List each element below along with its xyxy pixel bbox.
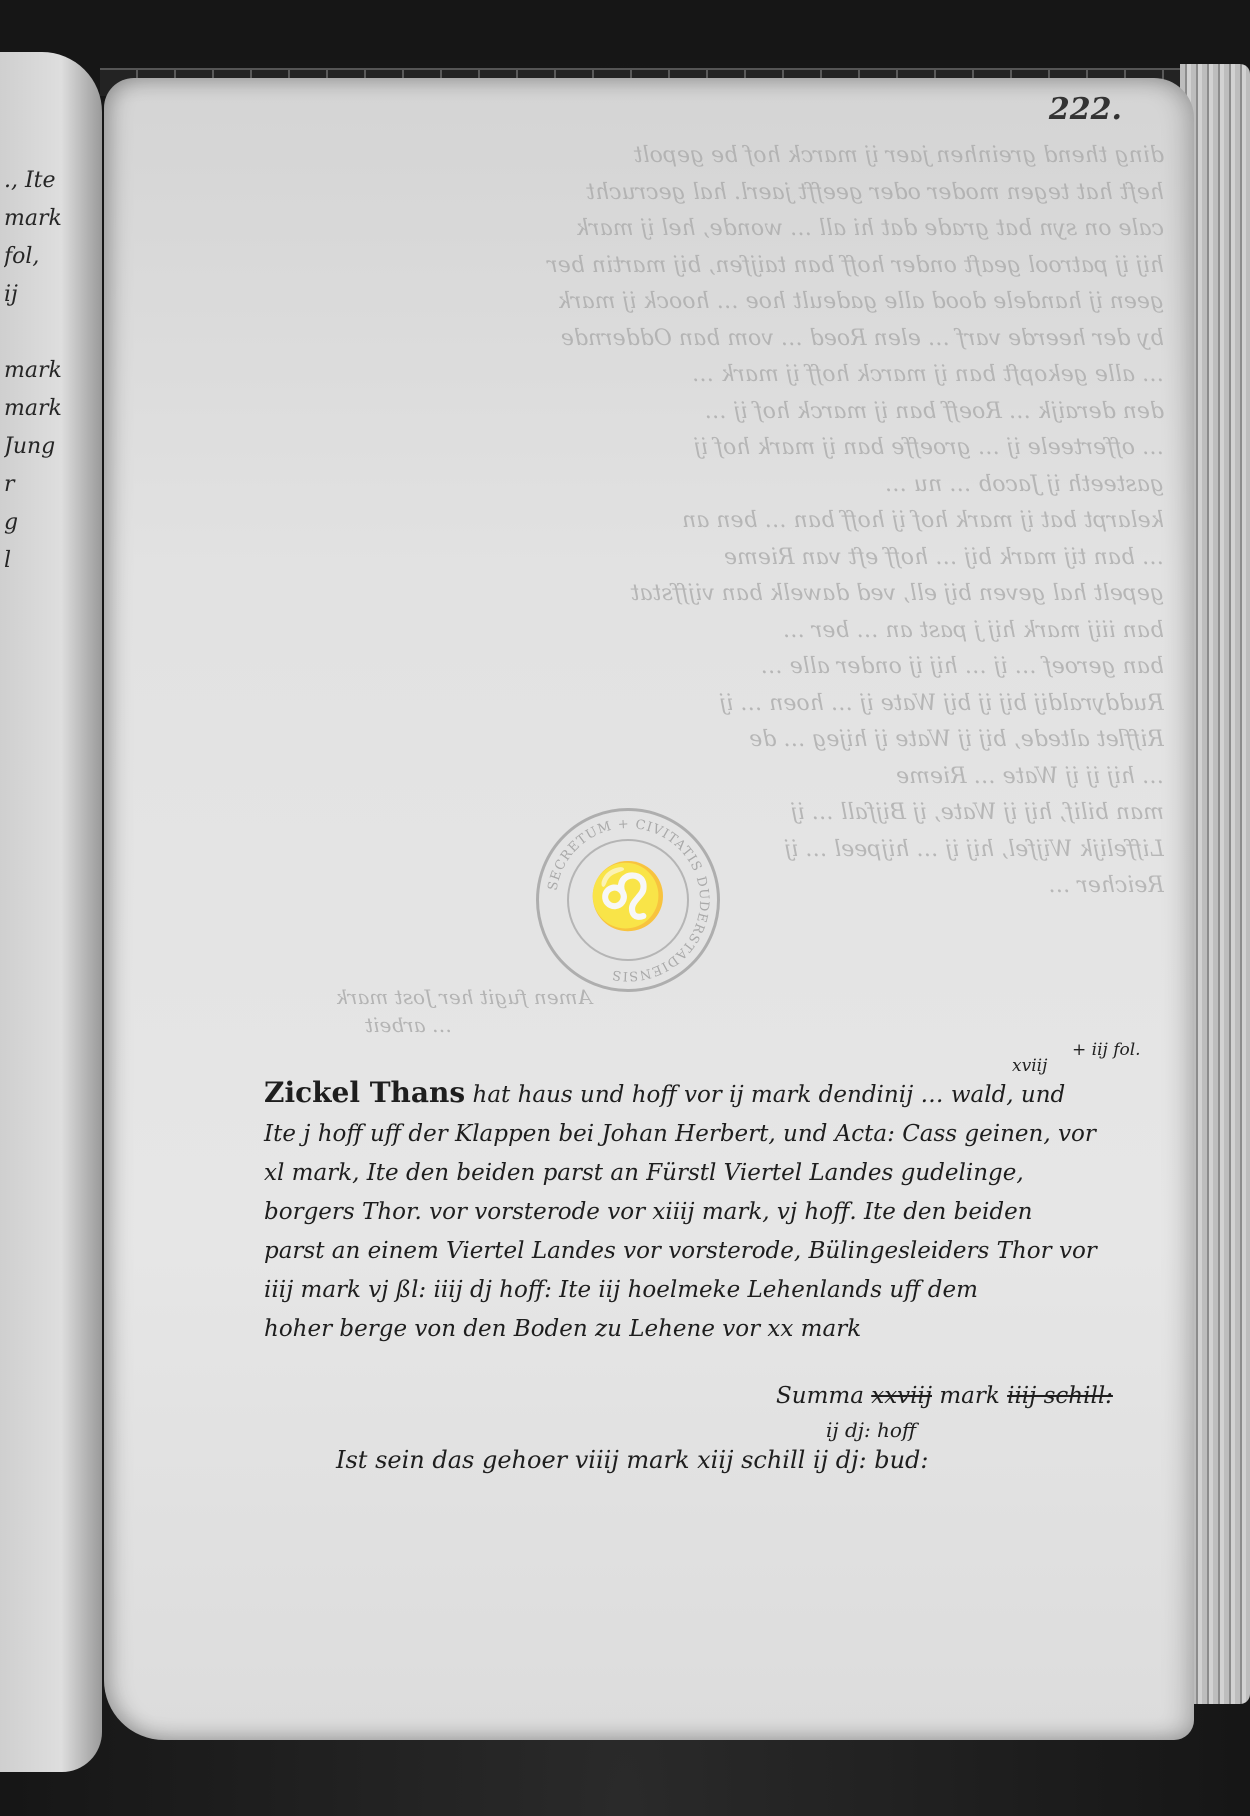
manuscript-page: 222. ding thend greinhen jaer ij marck h… [104,78,1194,1740]
entry-line: Ite j hoff uff der Klappen bei Johan Her… [264,1115,1194,1154]
entry-line: borgers Thor. vor vorsterode vor xiiij m… [264,1193,1194,1232]
summa-sub-line: ij dj: hoff [826,1418,916,1442]
ledger-entry: Zickel Thans hat haus und hoff vor ij ma… [264,1073,1194,1349]
entry-line: xl mark, Ite den beiden parst an Fürstl … [264,1154,1194,1193]
entry-line: hoher berge von den Boden zu Lehene vor … [264,1310,1194,1349]
bleed-through-text: ding thend greinhen jaer ij marck hof be… [204,138,1164,905]
lion-icon: ♌ [583,847,673,947]
entry-line: parst an einem Viertel Landes vor vorste… [264,1232,1194,1271]
folio-number: 222. [1049,92,1122,127]
archive-stamp: SECRETUM + CIVITATIS DUDERSTADIENSIS ♌ [536,808,720,992]
interlinear-addition: + iij fol. [1072,1040,1141,1060]
total-line: Ist sein das gehoer viiij mark xiij schi… [336,1446,928,1474]
left-page: ., Ite mark fol, ij mark mark Jung r g l [0,52,102,1772]
entry-line: iiij mark vj ßl: iiij dj hoff: Ite iij h… [264,1271,1194,1310]
entry-name: Zickel Thans [264,1076,465,1109]
summa-line: Summa xxviij mark iiij schill: [776,1383,1113,1409]
interlinear-correction: xviij [1012,1056,1047,1076]
entry-line: Zickel Thans hat haus und hoff vor ij ma… [264,1073,1194,1115]
left-page-margin-text: ., Ite mark fol, ij mark mark Jung r g l [4,162,94,580]
faded-note: Amen fugit her Jost mark … arbeit [232,983,592,1039]
